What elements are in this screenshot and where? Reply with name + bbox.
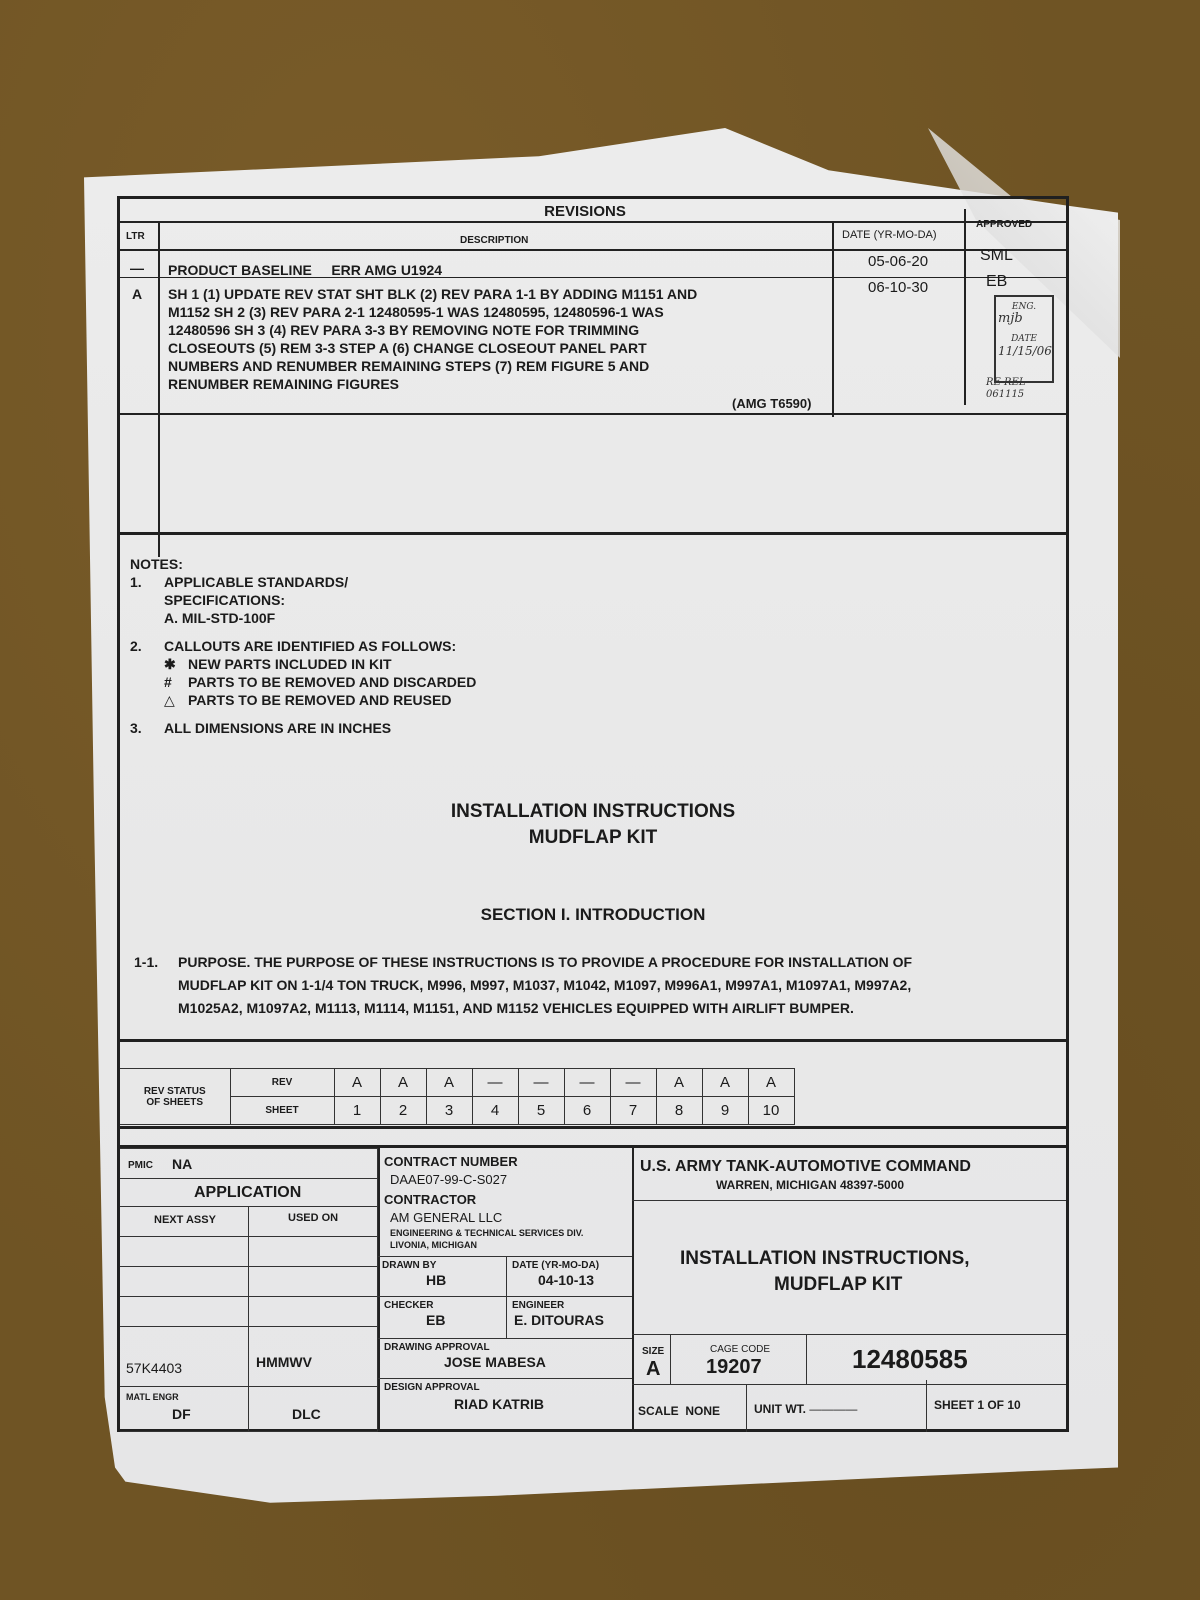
divider	[158, 221, 160, 557]
matl-engr-extra: DLC	[292, 1406, 321, 1422]
sheet-cell: 7	[610, 1097, 656, 1125]
used-on-label: USED ON	[288, 1212, 338, 1224]
hash-icon: #	[164, 673, 188, 691]
contract-number: DAAE07-99-C-S027	[390, 1172, 507, 1187]
sheet-cell: 9	[702, 1097, 748, 1125]
rev-cell: A	[334, 1069, 380, 1097]
agency-name: U.S. ARMY TANK-AUTOMOTIVE COMMAND	[640, 1158, 971, 1176]
callout-text: NEW PARTS INCLUDED IN KIT	[188, 656, 392, 672]
unit-weight-field: UNIT WT. ————	[754, 1402, 857, 1416]
pmic-value: NA	[172, 1156, 192, 1172]
unit-wt-value: ————	[809, 1402, 857, 1416]
engineer: E. DITOURAS	[514, 1312, 604, 1328]
divider	[120, 1206, 378, 1207]
divider	[378, 1378, 632, 1379]
sheet-cell: 8	[656, 1097, 702, 1125]
contractor-label: CONTRACTOR	[384, 1192, 476, 1207]
divider	[632, 1200, 1066, 1201]
used-on-value: HMMWV	[256, 1354, 312, 1370]
handwritten-approval-stamp: ENG. mjb DATE 11/15/06	[994, 295, 1054, 383]
description-line: RENUMBER REMAINING FIGURES	[168, 375, 697, 393]
description-line: 12480596 SH 3 (4) REV PARA 3-3 BY REMOVI…	[168, 321, 697, 339]
drawn-by-label: DRAWN BY	[382, 1260, 436, 1271]
rev-cell: —	[518, 1069, 564, 1097]
agency-location: WARREN, MICHIGAN 48397-5000	[716, 1178, 904, 1192]
paragraph-line: MUDFLAP KIT ON 1-1/4 TON TRUCK, M996, M9…	[178, 974, 1054, 997]
notes-section: NOTES: 1. APPLICABLE STANDARDS/ SPECIFIC…	[130, 555, 476, 737]
divider	[632, 1334, 1066, 1335]
rev-row-date: 06-10-30	[868, 279, 928, 297]
stamp-note-line: RE REL	[986, 377, 1025, 389]
rev-row-description: SH 1 (1) UPDATE REV STAT SHT BLK (2) REV…	[168, 285, 697, 393]
note-item: 1. APPLICABLE STANDARDS/ SPECIFICATIONS:…	[130, 573, 476, 627]
rev-row-reference: (AMG T6590)	[732, 395, 811, 413]
rev-cell: A	[426, 1069, 472, 1097]
divider	[120, 1236, 378, 1237]
rev-cell: —	[610, 1069, 656, 1097]
unit-wt-label: UNIT WT.	[754, 1402, 806, 1416]
divider	[120, 277, 1066, 278]
divider	[670, 1334, 671, 1384]
matl-engr-value: DF	[172, 1406, 191, 1422]
contractor-name: AM GENERAL LLC	[390, 1210, 502, 1225]
divider	[120, 1386, 378, 1387]
drawn-date: 04-10-13	[538, 1272, 594, 1288]
callout-new-parts: ✱NEW PARTS INCLUDED IN KIT	[164, 655, 476, 673]
paragraph-line: M1025A2, M1097A2, M1113, M1114, M1151, A…	[178, 997, 1054, 1020]
note-number: 3.	[130, 719, 164, 737]
cage-code: 19207	[706, 1356, 762, 1379]
divider	[378, 1338, 632, 1339]
divider	[120, 1326, 378, 1327]
size-label: SIZE	[642, 1346, 664, 1357]
description-line: CLOSEOUTS (5) REM 3-3 STEP A (6) CHANGE …	[168, 339, 697, 357]
note-item: 2. CALLOUTS ARE IDENTIFIED AS FOLLOWS: ✱…	[130, 637, 476, 709]
rev-label: REV	[230, 1069, 334, 1097]
checker-label: CHECKER	[384, 1300, 433, 1311]
rev-status-block: REV STATUS OF SHEETS REV A A A — — — — A…	[120, 1039, 1066, 1129]
stamp-date: 11/15/06	[998, 345, 1050, 357]
sheet-label: SHEET	[230, 1097, 334, 1125]
sheet-cell: 4	[472, 1097, 518, 1125]
note-item: 3. ALL DIMENSIONS ARE IN INCHES	[130, 719, 476, 737]
label-line: REV STATUS	[120, 1086, 230, 1097]
drawing-approval-label: DRAWING APPROVAL	[384, 1342, 490, 1353]
scale-label: SCALE	[638, 1404, 679, 1418]
divider	[248, 1206, 249, 1432]
callout-text: PARTS TO BE REMOVED AND DISCARDED	[188, 674, 476, 690]
note-line: CALLOUTS ARE IDENTIFIED AS FOLLOWS:	[164, 637, 476, 655]
design-approval: RIAD KATRIB	[454, 1396, 544, 1412]
revisions-header-row: LTR DESCRIPTION DATE (YR-MO-DA) APPROVED	[120, 221, 1066, 251]
divider	[746, 1384, 747, 1432]
contract-number-label: CONTRACT NUMBER	[384, 1154, 518, 1169]
handwritten-note: RE REL 061115	[986, 377, 1025, 401]
rev-cell: A	[702, 1069, 748, 1097]
sheet-cell: 5	[518, 1097, 564, 1125]
note-line: ALL DIMENSIONS ARE IN INCHES	[164, 719, 391, 737]
sheet-cell: 1	[334, 1097, 380, 1125]
divider	[120, 1296, 378, 1297]
next-assy-value: 57K4403	[126, 1360, 182, 1376]
col-ltr: LTR	[126, 231, 145, 242]
callout-reuse-parts: △PARTS TO BE REMOVED AND REUSED	[164, 691, 476, 709]
rev-row-ltr: A	[132, 285, 142, 303]
divider	[378, 1296, 632, 1297]
description-line: SH 1 (1) UPDATE REV STAT SHT BLK (2) REV…	[168, 285, 697, 303]
cage-code-label: CAGE CODE	[710, 1344, 770, 1355]
divider	[964, 209, 966, 405]
divider	[120, 1266, 378, 1267]
col-description: DESCRIPTION	[460, 235, 528, 246]
size-value: A	[646, 1358, 660, 1381]
divider	[632, 1384, 1066, 1385]
contractor-location: LIVONIA, MICHIGAN	[390, 1240, 477, 1250]
label-line: OF SHEETS	[120, 1097, 230, 1108]
divider	[378, 1148, 380, 1432]
matl-engr-label: MATL ENGR	[126, 1392, 179, 1402]
document-title-line: MUDFLAP KIT	[774, 1274, 902, 1296]
triangle-icon: △	[164, 691, 188, 709]
next-assy-label: NEXT ASSY	[154, 1214, 216, 1226]
description-line: NUMBERS AND RENUMBER REMAINING STEPS (7)…	[168, 357, 697, 375]
col-date: DATE (YR-MO-DA)	[842, 229, 937, 241]
rev-cell: —	[472, 1069, 518, 1097]
stamp-signature: mjb	[998, 313, 1050, 325]
main-title-line: MUDFLAP KIT	[120, 825, 1066, 851]
rev-row-ltr: —	[130, 259, 144, 277]
col-approved: APPROVED	[976, 219, 1032, 230]
note-number: 2.	[130, 637, 164, 709]
asterisk-icon: ✱	[164, 655, 188, 673]
application-label: APPLICATION	[194, 1184, 301, 1202]
pmic-label: PMIC	[128, 1160, 153, 1171]
date-label: DATE (YR-MO-DA)	[512, 1260, 599, 1271]
note-line: APPLICABLE STANDARDS/	[164, 573, 348, 591]
divider	[632, 1148, 634, 1432]
section-title: SECTION I. INTRODUCTION	[120, 905, 1066, 925]
drawn-by: HB	[426, 1272, 446, 1288]
divider	[120, 1178, 378, 1179]
rev-cell: A	[748, 1069, 794, 1097]
scale-value: NONE	[685, 1404, 720, 1418]
rev-row-approved: SML	[980, 247, 1013, 265]
paragraph-line: PURPOSE. THE PURPOSE OF THESE INSTRUCTIO…	[178, 951, 1054, 974]
divider	[120, 413, 1066, 415]
rev-status-label: REV STATUS OF SHEETS	[120, 1069, 230, 1125]
purpose-paragraph: 1-1. PURPOSE. THE PURPOSE OF THESE INSTR…	[134, 951, 1054, 1020]
sheet-number: SHEET 1 OF 10	[934, 1398, 1021, 1412]
main-title: INSTALLATION INSTRUCTIONS MUDFLAP KIT	[120, 799, 1066, 851]
rev-row-date: 05-06-20	[868, 253, 928, 271]
document-title-line: INSTALLATION INSTRUCTIONS,	[680, 1248, 970, 1270]
sheet-cell: 2	[380, 1097, 426, 1125]
note-line: A. MIL-STD-100F	[164, 609, 348, 627]
callout-text: PARTS TO BE REMOVED AND REUSED	[188, 692, 451, 708]
drawing-approval: JOSE MABESA	[444, 1354, 546, 1370]
description-line: M1152 SH 2 (3) REV PARA 2-1 12480595-1 W…	[168, 303, 697, 321]
sheet-cell: 10	[748, 1097, 794, 1125]
sheet-cell: 6	[564, 1097, 610, 1125]
divider	[806, 1334, 807, 1384]
rev-cell: A	[380, 1069, 426, 1097]
rev-cell: A	[656, 1069, 702, 1097]
revisions-title: REVISIONS	[120, 203, 1050, 220]
callout-discard-parts: #PARTS TO BE REMOVED AND DISCARDED	[164, 673, 476, 691]
note-line: SPECIFICATIONS:	[164, 591, 348, 609]
notes-title: NOTES:	[130, 555, 476, 573]
main-title-line: INSTALLATION INSTRUCTIONS	[120, 799, 1066, 825]
drawing-number: 12480585	[852, 1344, 968, 1375]
rev-row-approved: EB	[986, 273, 1007, 291]
drawing-frame: REVISIONS LTR DESCRIPTION DATE (YR-MO-DA…	[117, 196, 1069, 1432]
checker: EB	[426, 1312, 445, 1328]
divider	[378, 1256, 632, 1257]
stamp-note-line: 061115	[986, 389, 1025, 401]
divider	[506, 1256, 507, 1338]
divider	[926, 1380, 927, 1432]
note-number: 1.	[130, 573, 164, 627]
design-approval-label: DESIGN APPROVAL	[384, 1382, 480, 1393]
contractor-division: ENGINEERING & TECHNICAL SERVICES DIV.	[390, 1228, 583, 1238]
revisions-block: REVISIONS LTR DESCRIPTION DATE (YR-MO-DA…	[120, 199, 1066, 535]
sheet-cell: 3	[426, 1097, 472, 1125]
title-block: PMIC NA APPLICATION NEXT ASSY USED ON 57…	[120, 1145, 1066, 1429]
engineer-label: ENGINEER	[512, 1300, 564, 1311]
paragraph-number: 1-1.	[134, 951, 158, 974]
rev-status-table: REV STATUS OF SHEETS REV A A A — — — — A…	[120, 1068, 795, 1125]
rev-cell: —	[564, 1069, 610, 1097]
divider	[832, 221, 834, 417]
scale-field: SCALE NONE	[638, 1404, 720, 1418]
